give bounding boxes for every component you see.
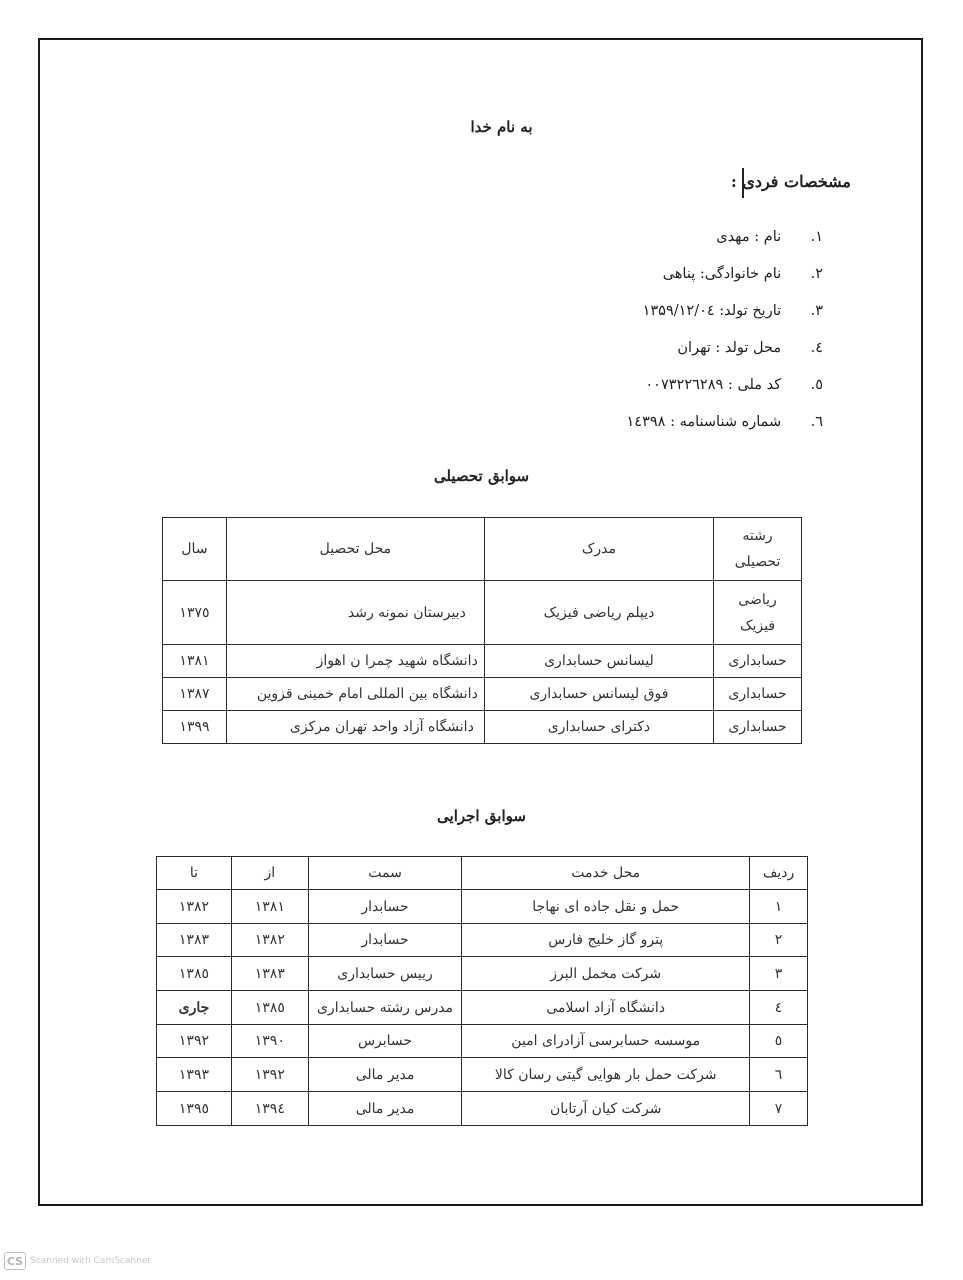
cell-to: ۱۳۹۳ (157, 1058, 232, 1092)
cell-to: ۱۳۸٥ (157, 957, 232, 991)
list-item: ٤. محل تولد : تهران (627, 335, 823, 372)
cell-to: ۱۳۹٥ (157, 1092, 232, 1126)
header-from: از (231, 857, 308, 890)
header-year: سال (163, 518, 227, 581)
document-title: به نام خدا (0, 118, 963, 136)
cell-degree: دیپلم ریاضی فیزیک (484, 581, 713, 645)
item-text: محل تولد : تهران (677, 340, 781, 356)
cell-from: ۱۳۹۰ (231, 1025, 308, 1058)
cell-year: ۱۳۸۱ (163, 645, 227, 678)
item-text: کد ملی : ۰۰۷۳۲۲٦۲۸۹ (645, 377, 781, 393)
cell-place: دانشگاه شهید چمرا ن اهواز (226, 645, 484, 678)
cell-year: ۱۳۷٥ (163, 581, 227, 645)
cell-workplace: موسسه حسابرسی آزادرای امین (462, 1025, 750, 1058)
cell-workplace: شرکت کیان آرتابان (462, 1092, 750, 1126)
cell-position: حسابدار (308, 924, 462, 957)
cell-workplace: حمل و نقل جاده ای نهاجا (462, 890, 750, 924)
item-text: تاریخ تولد: ۱۳۵۹/۱۲/۰٤ (643, 303, 782, 319)
item-number: ٤. (795, 335, 823, 361)
header-place: محل تحصیل (226, 518, 484, 581)
cell-row-number: ۳ (750, 957, 808, 991)
item-text: نام : مهدی (716, 229, 781, 245)
table-row: ٦ شرکت حمل بار هوایی گیتی رسان کالا مدیر… (157, 1058, 808, 1092)
cell-row-number: ٥ (750, 1025, 808, 1058)
header-position: سمت (308, 857, 462, 890)
cell-from: ۱۳۸۱ (231, 890, 308, 924)
cell-row-number: ٤ (750, 991, 808, 1025)
cell-from: ۱۳۸۲ (231, 924, 308, 957)
cell-degree: دکترای حسابداری (484, 711, 713, 744)
camscanner-logo-icon: CS (4, 1252, 26, 1270)
table-header-row: رشته تحصیلی مدرک محل تحصیل سال (163, 518, 802, 581)
cell-from: ۱۳۸٥ (231, 991, 308, 1025)
cell-workplace: شرکت مخمل البرز (462, 957, 750, 991)
header-to: تا (157, 857, 232, 890)
cell-degree: فوق لیسانس حسابداری (484, 678, 713, 711)
table-row: ریاضی فیزیک دیپلم ریاضی فیزیک دبیرستان ن… (163, 581, 802, 645)
cell-workplace: شرکت حمل بار هوایی گیتی رسان کالا (462, 1058, 750, 1092)
list-item: ۳. تاریخ تولد: ۱۳۵۹/۱۲/۰٤ (627, 298, 823, 335)
cell-field: حسابداری (714, 678, 802, 711)
cell-position: حسابرس (308, 1025, 462, 1058)
cell-row-number: ۲ (750, 924, 808, 957)
cell-position: مدرس رشته حسابداری (308, 991, 462, 1025)
cell-position: مدیر مالی (308, 1092, 462, 1126)
cell-from: ۱۳۹۲ (231, 1058, 308, 1092)
table-row: حسابداری لیسانس حسابداری دانشگاه شهید چم… (163, 645, 802, 678)
experience-table: ردیف محل خدمت سمت از تا ۱ حمل و نقل جاده… (156, 856, 808, 1126)
cell-place: دانشگاه آزاد واحد تهران مرکزی (226, 711, 484, 744)
table-row: ۷ شرکت کیان آرتابان مدیر مالی ۱۳۹٤ ۱۳۹٥ (157, 1092, 808, 1126)
item-number: ٦. (795, 409, 823, 435)
cell-position: رییس حسابداری (308, 957, 462, 991)
item-number: ۲. (795, 261, 823, 287)
personal-info-list: ۱. نام : مهدی ۲. نام خانوادگی: پناهی ۳. … (627, 224, 823, 446)
cell-to: ۱۳۸۳ (157, 924, 232, 957)
cell-to: ۱۳۸۲ (157, 890, 232, 924)
education-heading: سوابق تحصیلی (0, 467, 963, 485)
watermark-text: Scanned with CamScanner (30, 1256, 151, 1266)
cell-place: دانشگاه بین المللی امام خمینی قزوین (226, 678, 484, 711)
item-text: نام خانوادگی: پناهی (663, 266, 781, 282)
item-number: ۳. (795, 298, 823, 324)
cell-from: ۱۳۸۳ (231, 957, 308, 991)
cell-degree: لیسانس حسابداری (484, 645, 713, 678)
item-text: شماره شناسنامه : ۱٤۳۹۸ (627, 414, 782, 430)
cell-row-number: ۱ (750, 890, 808, 924)
cell-to: جاری (157, 991, 232, 1025)
cell-row-number: ۷ (750, 1092, 808, 1126)
cell-row-number: ٦ (750, 1058, 808, 1092)
header-row-number: ردیف (750, 857, 808, 890)
table-header-row: ردیف محل خدمت سمت از تا (157, 857, 808, 890)
table-row: ۲ پترو گاز خلیج فارس حسابدار ۱۳۸۲ ۱۳۸۳ (157, 924, 808, 957)
experience-heading: سوابق اجرایی (0, 807, 963, 825)
personal-section-heading: مشخصات فردی : (731, 172, 851, 191)
table-row: ٥ موسسه حسابرسی آزادرای امین حسابرس ۱۳۹۰… (157, 1025, 808, 1058)
title-text: به نام خدا (470, 118, 532, 136)
list-item: ٦. شماره شناسنامه : ۱٤۳۹۸ (627, 409, 823, 446)
table-row: حسابداری فوق لیسانس حسابداری دانشگاه بین… (163, 678, 802, 711)
cell-from: ۱۳۹٤ (231, 1092, 308, 1126)
cell-field: ریاضی فیزیک (714, 581, 802, 645)
cell-position: مدیر مالی (308, 1058, 462, 1092)
cell-field: حسابداری (714, 711, 802, 744)
header-degree: مدرک (484, 518, 713, 581)
cell-year: ۱۳۸۷ (163, 678, 227, 711)
item-number: ۱. (795, 224, 823, 250)
header-workplace: محل خدمت (462, 857, 750, 890)
list-item: ۲. نام خانوادگی: پناهی (627, 261, 823, 298)
list-item: ۱. نام : مهدی (627, 224, 823, 261)
table-row: ۳ شرکت مخمل البرز رییس حسابداری ۱۳۸۳ ۱۳۸… (157, 957, 808, 991)
table-row: ۱ حمل و نقل جاده ای نهاجا حسابدار ۱۳۸۱ ۱… (157, 890, 808, 924)
text-cursor (742, 168, 744, 198)
item-number: ٥. (795, 372, 823, 398)
camscanner-watermark: CS Scanned with CamScanner (4, 1252, 151, 1270)
header-field: رشته تحصیلی (714, 518, 802, 581)
cell-workplace: دانشگاه آزاد اسلامی (462, 991, 750, 1025)
education-table: رشته تحصیلی مدرک محل تحصیل سال ریاضی فیز… (162, 517, 802, 744)
cell-year: ۱۳۹۹ (163, 711, 227, 744)
cell-field: حسابداری (714, 645, 802, 678)
cell-position: حسابدار (308, 890, 462, 924)
cell-workplace: پترو گاز خلیج فارس (462, 924, 750, 957)
cell-place: دبیرستان نمونه رشد (226, 581, 484, 645)
table-row: حسابداری دکترای حسابداری دانشگاه آزاد وا… (163, 711, 802, 744)
list-item: ٥. کد ملی : ۰۰۷۳۲۲٦۲۸۹ (627, 372, 823, 409)
cell-to: ۱۳۹۲ (157, 1025, 232, 1058)
table-row: ٤ دانشگاه آزاد اسلامی مدرس رشته حسابداری… (157, 991, 808, 1025)
